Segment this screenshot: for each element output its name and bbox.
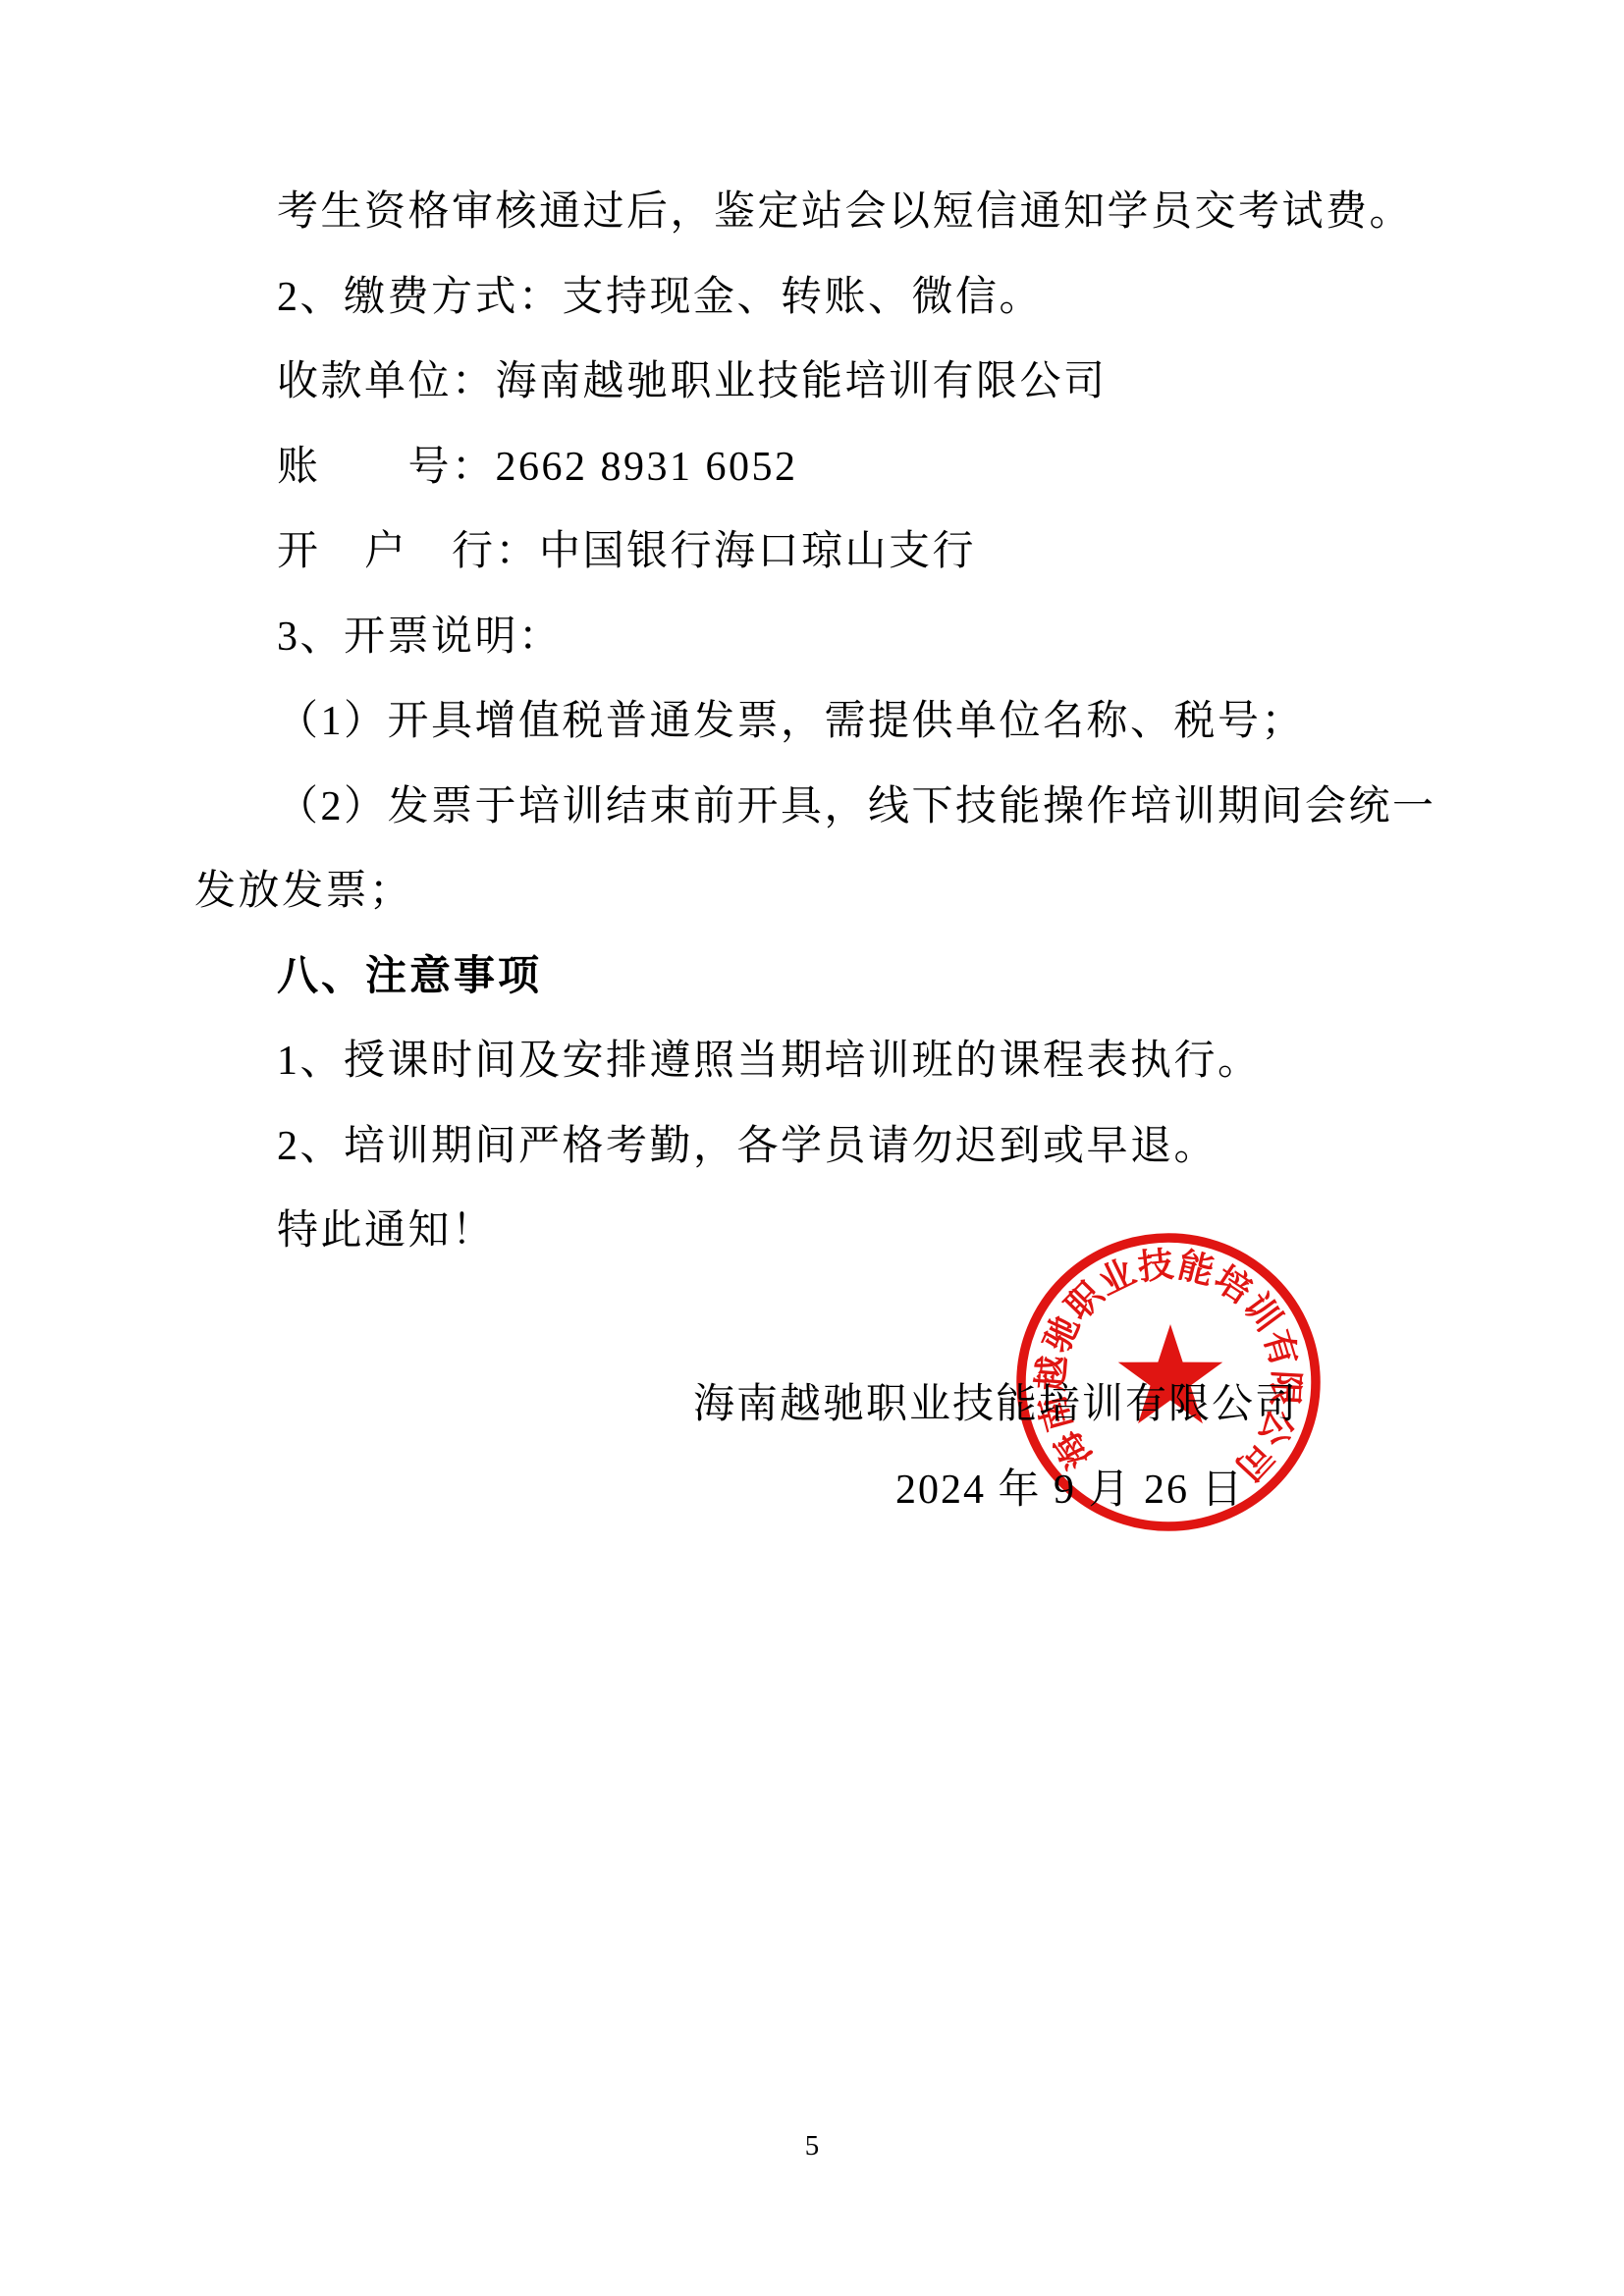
body-line: 收款单位：海南越驰职业技能培训有限公司	[194, 340, 1481, 425]
body-line: 八、注意事项	[194, 934, 1481, 1020]
page-number: 5	[0, 2132, 1624, 2161]
body-text: 考生资格审核通过后，鉴定站会以短信通知学员交考试费。2、缴费方式：支持现金、转账…	[194, 170, 1481, 1274]
body-line: （1）开具增值税普通发票，需提供单位名称、税号；	[194, 679, 1481, 765]
body-line: 考生资格审核通过后，鉴定站会以短信通知学员交考试费。	[194, 170, 1481, 255]
body-line: 2、缴费方式：支持现金、转账、微信。	[194, 255, 1481, 341]
body-line: 开 户 行：中国银行海口琼山支行	[194, 509, 1481, 595]
body-line: 发放发票；	[194, 849, 1481, 934]
body-line: 2、培训期间严格考勤，各学员请勿迟到或早退。	[194, 1104, 1481, 1190]
body-line: 1、授课时间及安排遵照当期培训班的课程表执行。	[194, 1019, 1481, 1104]
body-line: 3、开票说明：	[194, 595, 1481, 680]
company-seal-stamp: 海南越驰职业技能培训有限公司	[1001, 1220, 1335, 1544]
body-line: 账 号：2662 8931 6052	[194, 425, 1481, 510]
document-page: 考生资格审核通过后，鉴定站会以短信通知学员交考试费。2、缴费方式：支持现金、转账…	[0, 0, 1624, 2296]
body-line: （2）发票于培训结束前开具，线下技能操作培训期间会统一	[194, 765, 1481, 850]
star-icon	[1118, 1324, 1223, 1423]
